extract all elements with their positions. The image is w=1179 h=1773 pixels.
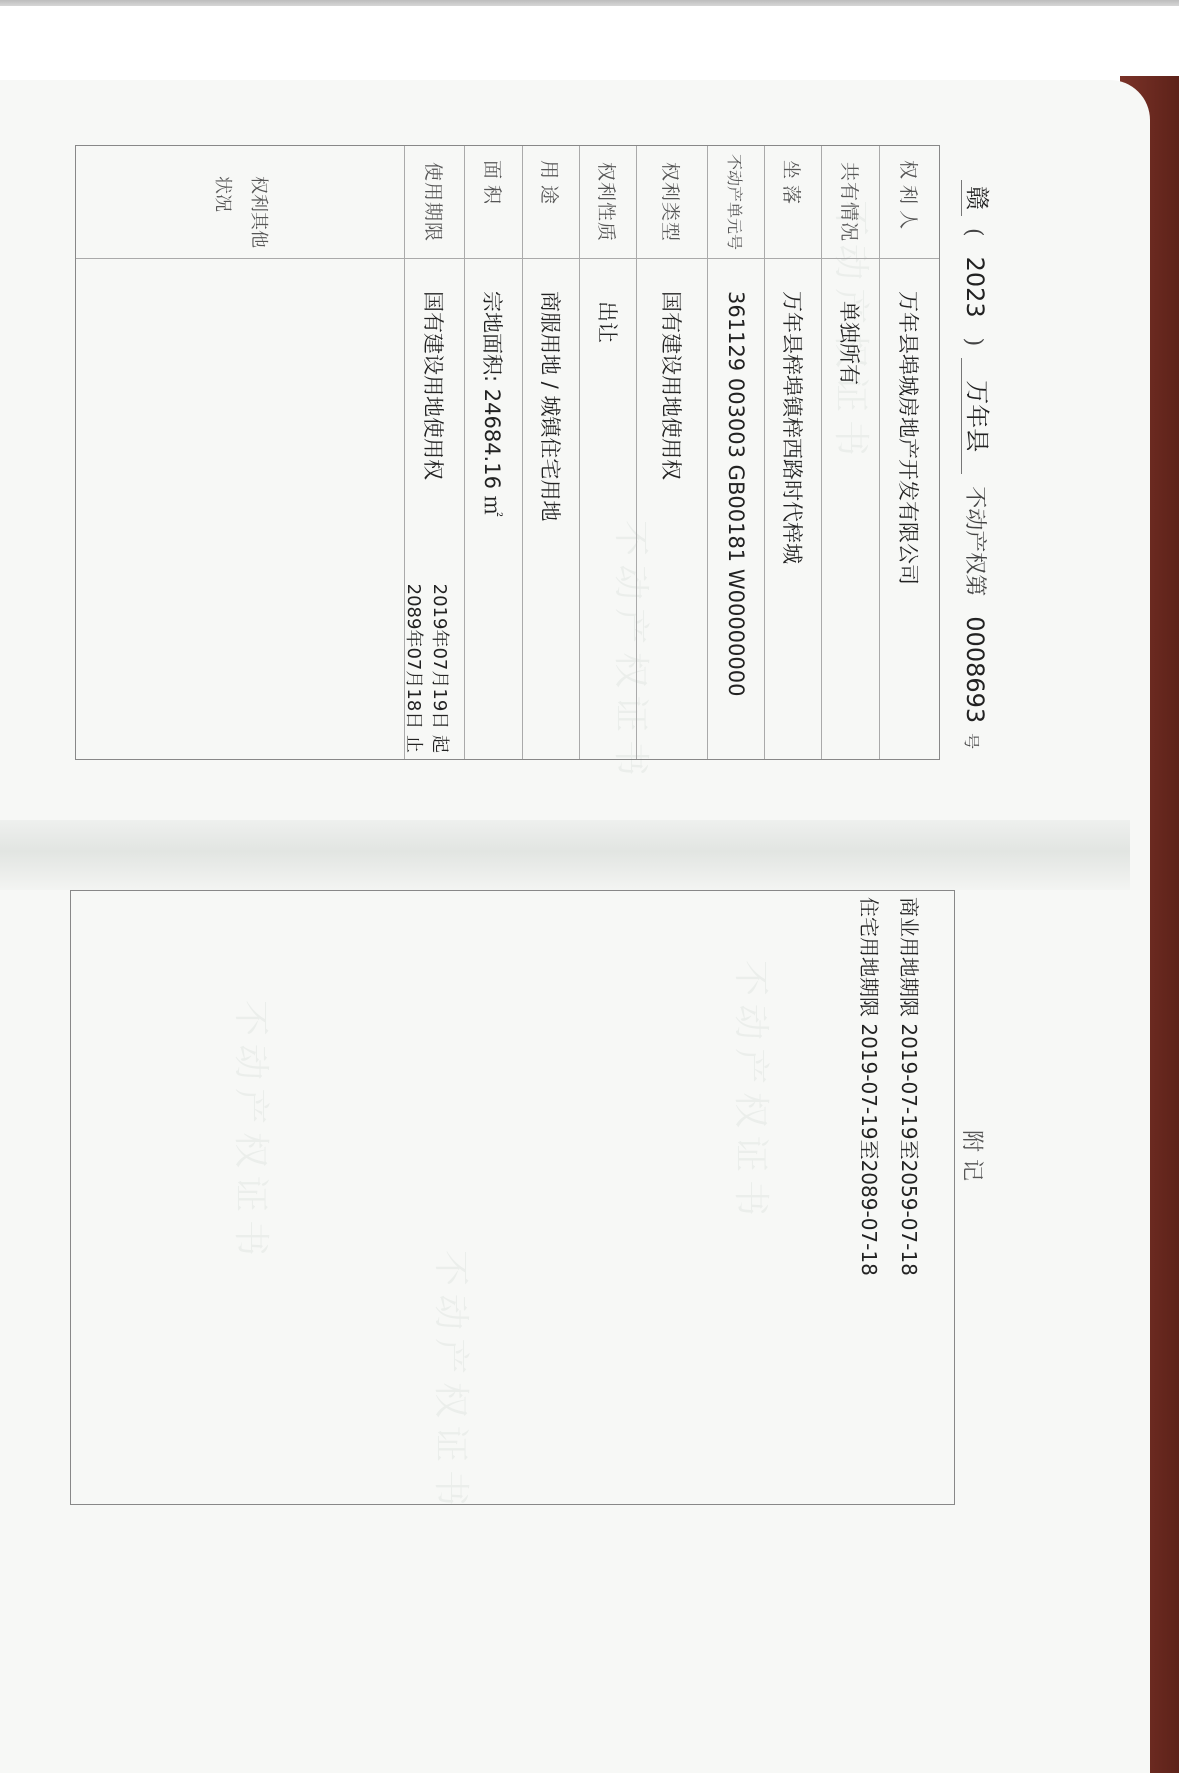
table-row: 权利性质 出让 [579, 146, 636, 759]
row-label: 使用期限 [405, 146, 464, 259]
appendix-note: 商业用地期限 2019-07-19至2059-07-18 [896, 897, 925, 1276]
certificate-label: 不动产权第 [961, 474, 992, 608]
row-label: 共有情况 [822, 146, 879, 259]
row-label: 权 利 人 [880, 146, 939, 259]
table-row: 不动产单元号 361129 003003 GB00181 W00000000 [707, 146, 764, 759]
row-value: 商服用地 / 城镇住宅用地 [523, 259, 579, 759]
row-value [76, 259, 404, 759]
row-value-text: 国有建设用地使用权 [420, 291, 450, 480]
row-label: 权利其他状况 [76, 146, 404, 259]
rights-table: 权 利 人 万年县埠城房地产开发有限公司 共有情况 单独所有 坐 落 万年县梓埠… [75, 145, 940, 760]
paren-close: ) [961, 326, 986, 359]
use-period-range: 2019年07月19日 起 2089年07月18日 止 [400, 584, 452, 753]
certificate-number: 0008693 [961, 608, 989, 731]
row-label: 坐 落 [765, 146, 821, 259]
table-row: 权利其他状况 [76, 146, 404, 759]
row-value: 361129 003003 GB00181 W00000000 [708, 259, 764, 759]
row-label: 权利类型 [637, 146, 707, 259]
table-row: 使用期限 国有建设用地使用权 2019年07月19日 起 2089年07月18日… [404, 146, 464, 759]
row-value: 出让 [580, 259, 636, 759]
row-value: 单独所有 [822, 259, 879, 759]
table-row: 用 途 商服用地 / 城镇住宅用地 [522, 146, 579, 759]
row-label: 用 途 [523, 146, 579, 259]
row-value: 万年县梓埠镇梓西路时代梓城 [765, 259, 821, 759]
paren-open: ( [961, 216, 986, 249]
row-value: 国有建设用地使用权 2019年07月19日 起 2089年07月18日 止 [405, 259, 464, 759]
county-name: 万年县 [961, 358, 997, 474]
table-row: 权利类型 国有建设用地使用权 [636, 146, 707, 759]
row-value: 万年县埠城房地产开发有限公司 [880, 259, 939, 759]
certificate-document: 不动产权证书 不动产权证书 不动产权证书 不动产权证书 不动产权证书 赣 ( 2… [0, 0, 1179, 1773]
row-label: 不动产单元号 [708, 146, 764, 259]
appendix-note: 住宅用地期限 2019-07-19至2089-07-18 [856, 897, 885, 1276]
table-row: 共有情况 单独所有 [821, 146, 879, 759]
row-value: 宗地面积: 24684.16 ㎡ [465, 259, 522, 759]
appendix-title: 附 记 [958, 1130, 989, 1250]
appendix-box [70, 890, 955, 1505]
row-label: 面 积 [465, 146, 522, 259]
number-suffix: 号 [961, 731, 984, 751]
province-abbr: 赣 [961, 180, 997, 216]
period-start: 2019年07月19日 起 [426, 584, 452, 753]
row-value: 国有建设用地使用权 [637, 259, 707, 759]
row-label: 权利性质 [580, 146, 636, 259]
certificate-number-line: 赣 ( 2023 ) 万年县 不动产权第 0008693 号 [961, 180, 1001, 760]
table-row: 坐 落 万年县梓埠镇梓西路时代梓城 [764, 146, 821, 759]
certificate-year: 2023 [961, 249, 989, 326]
table-row: 面 积 宗地面积: 24684.16 ㎡ [464, 146, 522, 759]
table-row: 权 利 人 万年县埠城房地产开发有限公司 [879, 146, 939, 759]
